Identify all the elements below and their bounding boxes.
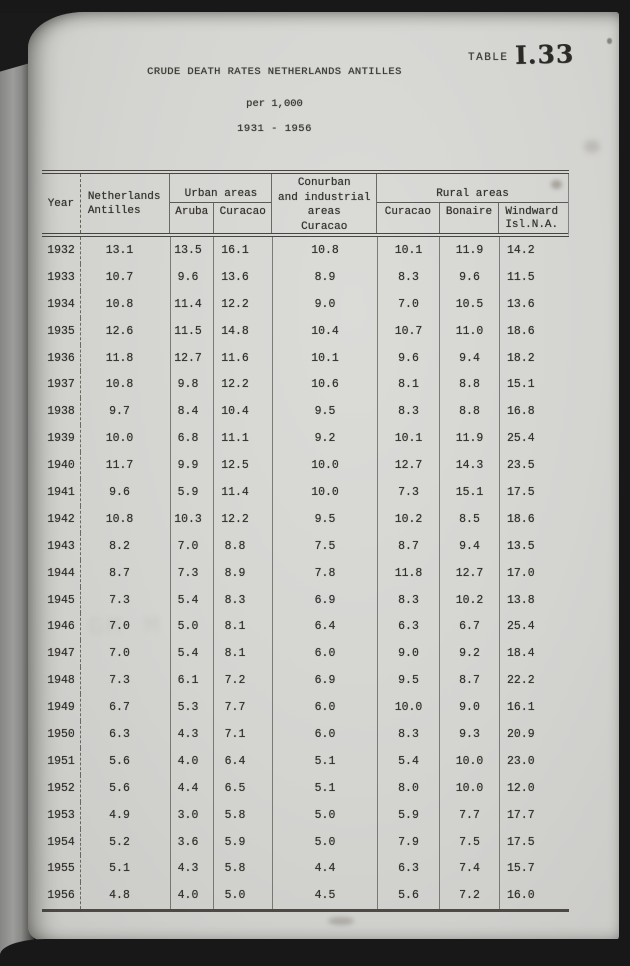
value-cell: 8.3 — [377, 264, 439, 291]
year-cell: 1949 — [42, 694, 80, 721]
value-cell: 6.8 — [170, 425, 213, 452]
value-cell: 9.6 — [439, 264, 499, 291]
value-cell: 10.7 — [377, 318, 439, 345]
table-row: 19564.84.05.04.55.67.216.0 — [42, 882, 569, 909]
value-cell: 16.1 — [499, 694, 569, 721]
value-cell: 6.9 — [272, 587, 377, 614]
value-cell: 12.5 — [213, 452, 272, 479]
value-cell: 15.7 — [499, 855, 569, 882]
header-netherlands-antilles: Netherlands Antilles — [80, 174, 170, 233]
year-cell: 1945 — [42, 587, 80, 614]
page-title: CRUDE DEATH RATES NETHERLANDS ANTILLES — [0, 66, 570, 78]
table-row: 19467.05.08.16.46.36.725.4 — [42, 613, 569, 640]
value-cell: 4.5 — [272, 882, 377, 909]
value-cell: 7.1 — [213, 721, 272, 748]
value-cell: 17.5 — [499, 829, 569, 856]
value-cell: 8.1 — [377, 371, 439, 398]
table-row: 19555.14.35.84.46.37.415.7 — [42, 855, 569, 882]
value-cell: 8.0 — [377, 775, 439, 802]
value-cell: 7.2 — [213, 667, 272, 694]
value-cell: 5.4 — [170, 587, 213, 614]
header-rural-windward: Windward Isl.N.A. — [498, 203, 568, 233]
value-cell: 7.0 — [80, 613, 170, 640]
value-cell: 9.4 — [439, 345, 499, 372]
value-cell: 6.7 — [439, 613, 499, 640]
value-cell: 9.2 — [439, 640, 499, 667]
header-urban-areas: Urban areas — [170, 174, 271, 203]
year-cell: 1934 — [42, 291, 80, 318]
value-cell: 16.8 — [499, 398, 569, 425]
value-cell: 7.7 — [213, 694, 272, 721]
table-row: 193310.79.613.68.98.39.611.5 — [42, 264, 569, 291]
value-cell: 17.7 — [499, 802, 569, 829]
value-cell: 5.0 — [272, 802, 377, 829]
value-cell: 10.6 — [272, 371, 377, 398]
year-cell: 1942 — [42, 506, 80, 533]
value-cell: 7.5 — [272, 533, 377, 560]
header-conurban-industrial: Conurban and industrial areas Curacao — [271, 174, 376, 233]
value-cell: 10.0 — [439, 775, 499, 802]
value-cell: 12.2 — [213, 371, 272, 398]
table-header: Year Netherlands Antilles Urban areas Ar… — [42, 174, 569, 237]
header-rural-curacao: Curacao — [377, 203, 439, 233]
value-cell: 6.0 — [272, 694, 377, 721]
value-cell: 6.3 — [377, 613, 439, 640]
value-cell: 10.4 — [272, 318, 377, 345]
year-cell: 1936 — [42, 345, 80, 372]
table-row: 193611.812.711.610.19.69.418.2 — [42, 345, 569, 372]
value-cell: 6.4 — [272, 613, 377, 640]
value-cell: 5.0 — [272, 829, 377, 856]
value-cell: 9.2 — [272, 425, 377, 452]
value-cell: 4.4 — [170, 775, 213, 802]
header-conurban-line2: and industrial — [278, 191, 370, 206]
value-cell: 8.1 — [213, 640, 272, 667]
value-cell: 14.8 — [213, 318, 272, 345]
value-cell: 9.4 — [439, 533, 499, 560]
value-cell: 5.4 — [170, 640, 213, 667]
value-cell: 12.2 — [213, 291, 272, 318]
scan-speck — [607, 38, 612, 44]
value-cell: 6.1 — [170, 667, 213, 694]
value-cell: 8.9 — [272, 264, 377, 291]
value-cell: 10.5 — [439, 291, 499, 318]
value-cell: 9.9 — [170, 452, 213, 479]
value-cell: 8.4 — [170, 398, 213, 425]
table-row: 19477.05.48.16.09.09.218.4 — [42, 640, 569, 667]
value-cell: 10.0 — [439, 748, 499, 775]
value-cell: 5.1 — [80, 855, 170, 882]
value-cell: 6.0 — [272, 640, 377, 667]
document-page: GM M TABLE I.33 CRUDE DEATH RATES NETHER… — [28, 12, 619, 941]
year-cell: 1937 — [42, 371, 80, 398]
value-cell: 4.0 — [170, 882, 213, 909]
value-cell: 14.2 — [499, 237, 569, 264]
header-rural-bonaire: Bonaire — [439, 203, 499, 233]
value-cell: 10.7 — [80, 264, 170, 291]
scan-smudge — [584, 140, 600, 153]
value-cell: 10.0 — [272, 452, 377, 479]
table-row: 19448.77.38.97.811.812.717.0 — [42, 560, 569, 587]
year-cell: 1932 — [42, 237, 80, 264]
value-cell: 7.3 — [80, 667, 170, 694]
value-cell: 8.1 — [213, 613, 272, 640]
value-cell: 20.9 — [499, 721, 569, 748]
value-cell: 13.1 — [80, 237, 170, 264]
scan-speck — [328, 917, 354, 925]
year-cell: 1941 — [42, 479, 80, 506]
value-cell: 9.0 — [377, 640, 439, 667]
value-cell: 14.3 — [439, 452, 499, 479]
value-cell: 11.8 — [377, 560, 439, 587]
value-cell: 7.8 — [272, 560, 377, 587]
header-year: Year — [42, 174, 80, 233]
table-row: 193710.89.812.210.68.18.815.1 — [42, 371, 569, 398]
header-urban-aruba: Aruba — [170, 203, 213, 233]
value-cell: 10.2 — [377, 506, 439, 533]
value-cell: 8.2 — [80, 533, 170, 560]
table-row: 194011.79.912.510.012.714.323.5 — [42, 452, 569, 479]
value-cell: 10.2 — [439, 587, 499, 614]
value-cell: 12.6 — [80, 318, 170, 345]
value-cell: 16.1 — [213, 237, 272, 264]
value-cell: 11.6 — [213, 345, 272, 372]
value-cell: 11.5 — [170, 318, 213, 345]
header-na-line1: Netherlands — [88, 190, 161, 204]
value-cell: 8.3 — [377, 587, 439, 614]
year-cell: 1935 — [42, 318, 80, 345]
value-cell: 12.7 — [439, 560, 499, 587]
header-group-rural-areas: Rural areas Curacao Bonaire Windward Isl… — [376, 174, 568, 233]
value-cell: 8.8 — [213, 533, 272, 560]
value-cell: 11.5 — [499, 264, 569, 291]
value-cell: 12.7 — [170, 345, 213, 372]
value-cell: 5.1 — [272, 775, 377, 802]
value-cell: 6.3 — [377, 855, 439, 882]
value-cell: 4.0 — [170, 748, 213, 775]
value-cell: 22.2 — [499, 667, 569, 694]
table-row: 19438.27.08.87.58.79.413.5 — [42, 533, 569, 560]
value-cell: 8.3 — [377, 721, 439, 748]
value-cell: 7.4 — [439, 855, 499, 882]
value-cell: 10.8 — [80, 506, 170, 533]
value-cell: 5.9 — [377, 802, 439, 829]
value-cell: 5.8 — [213, 802, 272, 829]
header-conurban-line4: Curacao — [301, 220, 347, 235]
table-body: 193213.113.516.110.810.111.914.2193310.7… — [42, 237, 569, 912]
year-cell: 1947 — [42, 640, 80, 667]
value-cell: 10.1 — [272, 345, 377, 372]
value-cell: 25.4 — [499, 613, 569, 640]
header-group-urban-areas: Urban areas Aruba Curacao — [169, 174, 271, 233]
title-block: CRUDE DEATH RATES NETHERLANDS ANTILLES p… — [0, 66, 570, 135]
value-cell: 6.4 — [213, 748, 272, 775]
table-row: 19545.23.65.95.07.97.517.5 — [42, 829, 569, 856]
table-row: 194210.810.312.29.510.28.518.6 — [42, 506, 569, 533]
value-cell: 11.7 — [80, 452, 170, 479]
value-cell: 17.5 — [499, 479, 569, 506]
year-cell: 1952 — [42, 775, 80, 802]
value-cell: 8.7 — [377, 533, 439, 560]
value-cell: 15.1 — [439, 479, 499, 506]
year-cell: 1933 — [42, 264, 80, 291]
year-cell: 1954 — [42, 829, 80, 856]
table-row: 19496.75.37.76.010.09.016.1 — [42, 694, 569, 721]
value-cell: 5.6 — [80, 775, 170, 802]
value-cell: 11.9 — [439, 425, 499, 452]
value-cell: 8.8 — [439, 398, 499, 425]
value-cell: 12.2 — [213, 506, 272, 533]
value-cell: 5.0 — [170, 613, 213, 640]
value-cell: 10.4 — [213, 398, 272, 425]
value-cell: 12.0 — [499, 775, 569, 802]
value-cell: 5.0 — [213, 882, 272, 909]
value-cell: 11.4 — [170, 291, 213, 318]
value-cell: 8.7 — [439, 667, 499, 694]
table-row: 193213.113.516.110.810.111.914.2 — [42, 237, 569, 264]
value-cell: 5.6 — [377, 882, 439, 909]
table-row: 193512.611.514.810.410.711.018.6 — [42, 318, 569, 345]
value-cell: 9.8 — [170, 371, 213, 398]
value-cell: 10.3 — [170, 506, 213, 533]
value-cell: 5.4 — [377, 748, 439, 775]
page-subtitle-years: 1931 - 1956 — [0, 123, 570, 135]
scan-right-border — [619, 0, 630, 966]
value-cell: 7.2 — [439, 882, 499, 909]
death-rates-table: Year Netherlands Antilles Urban areas Ar… — [42, 170, 569, 912]
year-cell: 1956 — [42, 882, 80, 909]
year-cell: 1951 — [42, 748, 80, 775]
value-cell: 6.5 — [213, 775, 272, 802]
table-row: 19487.36.17.26.99.58.722.2 — [42, 667, 569, 694]
value-cell: 9.6 — [377, 345, 439, 372]
header-windward-line2: Isl.N.A. — [505, 219, 558, 232]
value-cell: 9.0 — [439, 694, 499, 721]
value-cell: 18.2 — [499, 345, 569, 372]
value-cell: 11.1 — [213, 425, 272, 452]
scan-bottom-border — [0, 939, 630, 966]
year-cell: 1953 — [42, 802, 80, 829]
value-cell: 4.9 — [80, 802, 170, 829]
value-cell: 11.0 — [439, 318, 499, 345]
value-cell: 9.5 — [272, 398, 377, 425]
value-cell: 9.5 — [377, 667, 439, 694]
value-cell: 7.5 — [439, 829, 499, 856]
table-row: 19515.64.06.45.15.410.023.0 — [42, 748, 569, 775]
year-cell: 1938 — [42, 398, 80, 425]
value-cell: 7.0 — [377, 291, 439, 318]
value-cell: 10.1 — [377, 425, 439, 452]
value-cell: 5.6 — [80, 748, 170, 775]
header-urban-curacao: Curacao — [213, 203, 271, 233]
value-cell: 23.0 — [499, 748, 569, 775]
value-cell: 9.6 — [80, 479, 170, 506]
value-cell: 4.3 — [170, 721, 213, 748]
value-cell: 11.8 — [80, 345, 170, 372]
value-cell: 10.0 — [80, 425, 170, 452]
value-cell: 10.0 — [377, 694, 439, 721]
table-tag-label: TABLE — [468, 52, 509, 64]
value-cell: 9.6 — [170, 264, 213, 291]
table-row: 193910.06.811.19.210.111.925.4 — [42, 425, 569, 452]
year-cell: 1939 — [42, 425, 80, 452]
value-cell: 10.8 — [80, 371, 170, 398]
value-cell: 18.6 — [499, 506, 569, 533]
value-cell: 17.0 — [499, 560, 569, 587]
value-cell: 5.9 — [170, 479, 213, 506]
value-cell: 7.3 — [80, 587, 170, 614]
table-row: 193410.811.412.29.07.010.513.6 — [42, 291, 569, 318]
year-cell: 1948 — [42, 667, 80, 694]
value-cell: 10.8 — [80, 291, 170, 318]
year-cell: 1950 — [42, 721, 80, 748]
value-cell: 3.0 — [170, 802, 213, 829]
value-cell: 9.7 — [80, 398, 170, 425]
value-cell: 13.6 — [213, 264, 272, 291]
year-cell: 1944 — [42, 560, 80, 587]
value-cell: 5.3 — [170, 694, 213, 721]
value-cell: 16.0 — [499, 882, 569, 909]
value-cell: 10.8 — [272, 237, 377, 264]
value-cell: 4.3 — [170, 855, 213, 882]
table-row: 19457.35.48.36.98.310.213.8 — [42, 587, 569, 614]
year-cell: 1943 — [42, 533, 80, 560]
value-cell: 8.3 — [213, 587, 272, 614]
value-cell: 5.1 — [272, 748, 377, 775]
value-cell: 5.2 — [80, 829, 170, 856]
value-cell: 6.0 — [272, 721, 377, 748]
value-cell: 13.6 — [499, 291, 569, 318]
value-cell: 7.9 — [377, 829, 439, 856]
value-cell: 13.8 — [499, 587, 569, 614]
header-rural-areas: Rural areas — [377, 174, 568, 203]
value-cell: 8.5 — [439, 506, 499, 533]
value-cell: 15.1 — [499, 371, 569, 398]
value-cell: 5.8 — [213, 855, 272, 882]
table-row: 19534.93.05.85.05.97.717.7 — [42, 802, 569, 829]
table-row: 19525.64.46.55.18.010.012.0 — [42, 775, 569, 802]
value-cell: 10.0 — [272, 479, 377, 506]
value-cell: 4.8 — [80, 882, 170, 909]
value-cell: 25.4 — [499, 425, 569, 452]
header-windward-line1: Windward — [505, 206, 558, 219]
value-cell: 6.7 — [80, 694, 170, 721]
value-cell: 23.5 — [499, 452, 569, 479]
value-cell: 13.5 — [499, 533, 569, 560]
value-cell: 10.1 — [377, 237, 439, 264]
header-conurban-line1: Conurban — [298, 176, 351, 191]
table-row: 19506.34.37.16.08.39.320.9 — [42, 721, 569, 748]
value-cell: 8.8 — [439, 371, 499, 398]
year-cell: 1955 — [42, 855, 80, 882]
value-cell: 7.3 — [377, 479, 439, 506]
value-cell: 7.0 — [80, 640, 170, 667]
table-row: 19389.78.410.49.58.38.816.8 — [42, 398, 569, 425]
value-cell: 7.7 — [439, 802, 499, 829]
year-cell: 1946 — [42, 613, 80, 640]
value-cell: 9.3 — [439, 721, 499, 748]
value-cell: 9.5 — [272, 506, 377, 533]
value-cell: 18.4 — [499, 640, 569, 667]
value-cell: 5.9 — [213, 829, 272, 856]
value-cell: 7.0 — [170, 533, 213, 560]
header-conurban-line3: areas — [308, 205, 341, 220]
value-cell: 8.9 — [213, 560, 272, 587]
value-cell: 8.3 — [377, 398, 439, 425]
value-cell: 18.6 — [499, 318, 569, 345]
table-row: 19419.65.911.410.07.315.117.5 — [42, 479, 569, 506]
value-cell: 8.7 — [80, 560, 170, 587]
value-cell: 11.9 — [439, 237, 499, 264]
value-cell: 6.3 — [80, 721, 170, 748]
value-cell: 7.3 — [170, 560, 213, 587]
value-cell: 3.6 — [170, 829, 213, 856]
value-cell: 6.9 — [272, 667, 377, 694]
year-cell: 1940 — [42, 452, 80, 479]
page-subtitle-rate: per 1,000 — [0, 98, 570, 110]
header-na-line2: Antilles — [88, 204, 141, 218]
scanned-book-page: GM M TABLE I.33 CRUDE DEATH RATES NETHER… — [0, 0, 630, 966]
value-cell: 11.4 — [213, 479, 272, 506]
value-cell: 4.4 — [272, 855, 377, 882]
value-cell: 12.7 — [377, 452, 439, 479]
value-cell: 13.5 — [170, 237, 213, 264]
value-cell: 9.0 — [272, 291, 377, 318]
